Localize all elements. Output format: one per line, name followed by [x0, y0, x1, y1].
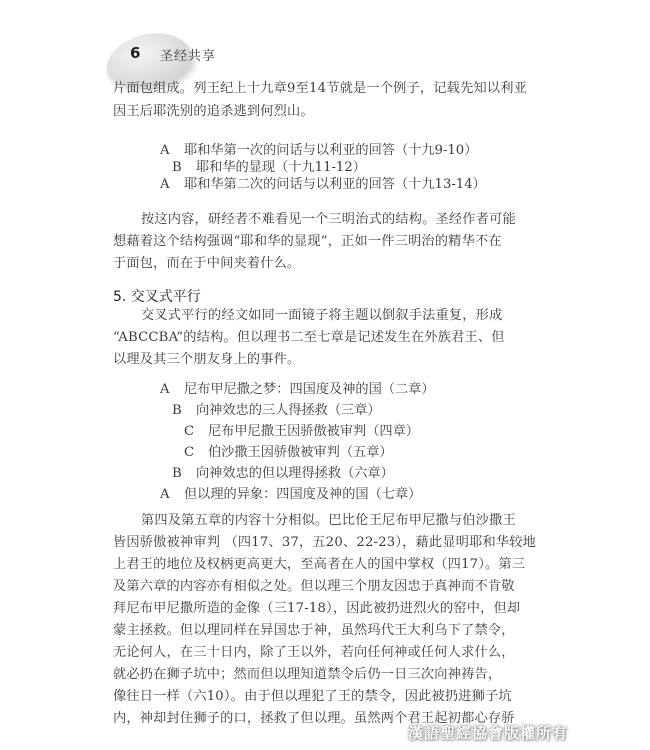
- outline-text: 耶和华第二次的问话与以利亚的回答（十九13-14）: [184, 177, 486, 192]
- outline-text: 向神效忠的但以理得拯救（六章）: [196, 466, 394, 481]
- page-number: 6: [130, 44, 140, 62]
- outline-letter: A: [160, 487, 184, 503]
- text-line: 皆因骄傲被神审判 （四17、37，五20、22-23），藉此显明耶和华较地: [113, 535, 536, 551]
- outline-letter: A: [160, 177, 184, 193]
- outline-item: C尼布甲尼撒王因骄傲被审判（四章）: [184, 424, 419, 440]
- outline-letter: A: [160, 143, 184, 159]
- text-line: 蒙主拯救。但以理同样在异国忠于神，虽然玛代王大利乌下了禁令，: [113, 623, 515, 639]
- text-line: 于面包，而在于中间夹着什么。: [113, 256, 300, 272]
- text-line: 像往日一样（六10）。由于但以理犯了王的禁令，因此被扔进狮子坑: [113, 689, 512, 705]
- text-line: 以理及其三个朋友身上的事件。: [113, 352, 300, 368]
- outline-letter: C: [184, 424, 208, 440]
- outline-item: B向神效忠的三人得拯救（三章）: [172, 403, 381, 419]
- text-line: 片面包组成。列王纪上十九章9至14节就是一个例子，记载先知以利亚: [113, 81, 527, 97]
- outline-letter: B: [172, 160, 196, 176]
- outline-text: 耶和华的显现（十九11-12）: [196, 160, 366, 175]
- outline-text: 向神效忠的三人得拯救（三章）: [196, 403, 381, 418]
- outline-text: 尼布甲尼撒王因骄傲被审判（四章）: [208, 424, 419, 439]
- text-line: 按这内容，研经者不难看见一个三明治式的结构。圣经作者可能: [141, 212, 516, 228]
- text-line: 无论何人，在三十日内，除了王以外，若向任何神或任何人求什么，: [113, 645, 515, 661]
- text-line: 第四及第五章的内容十分相似。巴比伦王尼布甲尼撒与伯沙撒王: [141, 513, 516, 529]
- text-line: 拜尼布甲尼撒所造的金像（三17-18），因此被扔进烈火的窑中，但却: [113, 601, 520, 617]
- outline-text: 伯沙撒王因骄傲被审判（五章）: [208, 445, 393, 460]
- outline-item: B向神效忠的但以理得拯救（六章）: [172, 466, 394, 482]
- outline-item: A耶和华第二次的问话与以利亚的回答（十九13-14）: [160, 177, 486, 193]
- outline-text: 尼布甲尼撒之梦：四国度及神的国（二章）: [184, 382, 435, 397]
- outline-letter: B: [172, 403, 196, 419]
- text-line: 交叉式平行的经文如同一面镜子将主题以倒叙手法重复，形成: [141, 308, 502, 324]
- copyright-watermark: 漢語聖經協會版權所有: [408, 722, 568, 743]
- section-heading: 5. 交叉式平行: [113, 286, 201, 306]
- outline-item: A耶和华第一次的问话与以利亚的回答（十九9-10）: [160, 143, 477, 159]
- outline-item: A但以理的异象：四国度及神的国（七章）: [160, 487, 421, 503]
- text-line: 及第六章的内容亦有相似之处。但以理三个朋友因忠于真神而不肯敬: [113, 579, 515, 595]
- text-line: 因王后耶洗别的追杀逃到何烈山。: [113, 104, 314, 120]
- outline-letter: A: [160, 382, 184, 398]
- text-line: 上君王的地位及权柄更高更大，至高者在人的国中掌权（四17）。第三: [113, 557, 525, 573]
- text-line: “ABCCBA”的结构。但以理书二至七章是记述发生在外族君王、但: [113, 330, 505, 346]
- book-title: 圣经共享: [160, 45, 216, 64]
- outline-item: C伯沙撒王因骄傲被审判（五章）: [184, 445, 393, 461]
- outline-letter: B: [172, 466, 196, 482]
- outline-text: 耶和华第一次的问话与以利亚的回答（十九9-10）: [184, 143, 477, 158]
- outline-letter: C: [184, 445, 208, 461]
- outline-item: B耶和华的显现（十九11-12）: [172, 160, 366, 176]
- outline-item: A尼布甲尼撒之梦：四国度及神的国（二章）: [160, 382, 435, 398]
- page-header: 6 圣经共享: [100, 30, 320, 80]
- outline-text: 但以理的异象：四国度及神的国（七章）: [184, 487, 421, 502]
- text-line: 就必扔在狮子坑中；然而但以理知道禁令后仍一日三次向神祷告，: [113, 667, 501, 683]
- text-line: 想藉着这个结构强调“耶和华的显现”，正如一件三明治的精华不在: [113, 234, 502, 250]
